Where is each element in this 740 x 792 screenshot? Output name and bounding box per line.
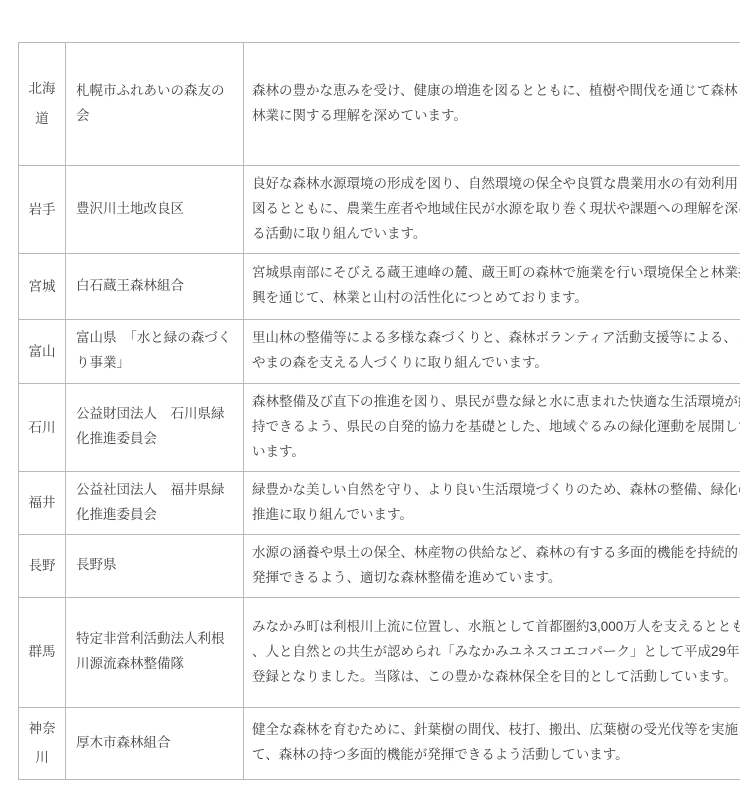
prefecture-cell: 宮城 (19, 253, 66, 319)
table-row: 北海道 札幌市ふれあいの森友の会 森林の豊かな恵みを受け、健康の増進を図るととも… (19, 43, 740, 166)
organization-cell: 厚木市森林組合 (66, 707, 244, 779)
description-cell: 宮城県南部にそびえる蔵王連峰の麓、蔵王町の森林で施業を行い環境保全と林業振興を通… (244, 253, 740, 319)
organization-cell: 長野県 (66, 534, 244, 597)
table-row: 宮城 白石蔵王森林組合 宮城県南部にそびえる蔵王連峰の麓、蔵王町の森林で施業を行… (19, 253, 740, 319)
prefecture-cell: 北海道 (19, 43, 66, 166)
organization-cell: 豊沢川土地改良区 (66, 166, 244, 254)
table-row: 岩手 豊沢川土地改良区 良好な森林水源環境の形成を図り、自然環境の保全や良質な農… (19, 166, 740, 254)
description-cell: 水源の涵養や県土の保全、林産物の供給など、森林の有する多面的機能を持続的に発揮で… (244, 534, 740, 597)
prefecture-cell: 富山 (19, 319, 66, 383)
description-cell: 健全な森林を育むために、針葉樹の間伐、枝打、搬出、広葉樹の受光伐等を実施して、森… (244, 707, 740, 779)
organization-cell: 札幌市ふれあいの森友の会 (66, 43, 244, 166)
description-cell: 森林整備及び直下の推進を図り、県民が豊な緑と水に恵まれた快適な生活環境が維持でき… (244, 383, 740, 471)
page: 北海道 札幌市ふれあいの森友の会 森林の豊かな恵みを受け、健康の増進を図るととも… (0, 0, 740, 792)
table-row: 長野 長野県 水源の涵養や県土の保全、林産物の供給など、森林の有する多面的機能を… (19, 534, 740, 597)
prefecture-cell: 福井 (19, 471, 66, 534)
table-row: 富山 富山県 「水と緑の森づくり事業」 里山林の整備等による多様な森づくりと、森… (19, 319, 740, 383)
prefecture-cell: 石川 (19, 383, 66, 471)
description-cell: 里山林の整備等による多様な森づくりと、森林ボランティア活動支援等による、とやまの… (244, 319, 740, 383)
description-cell: 森林の豊かな恵みを受け、健康の増進を図るとともに、植樹や間伐を通じて森林・林業に… (244, 43, 740, 166)
prefecture-cell: 神奈川 (19, 707, 66, 779)
organization-cell: 富山県 「水と緑の森づくり事業」 (66, 319, 244, 383)
table-row: 石川 公益財団法人 石川県緑化推進委員会 森林整備及び直下の推進を図り、県民が豊… (19, 383, 740, 471)
organization-cell: 公益社団法人 福井県緑化推進委員会 (66, 471, 244, 534)
table-row: 群馬 特定非営利活動法人利根川源流森林整備隊 みなかみ町は利根川上流に位置し、水… (19, 597, 740, 707)
description-cell: 緑豊かな美しい自然を守り、より良い生活環境づくりのため、森林の整備、緑化の推進に… (244, 471, 740, 534)
prefecture-cell: 岩手 (19, 166, 66, 254)
prefecture-cell: 群馬 (19, 597, 66, 707)
table-row: 福井 公益社団法人 福井県緑化推進委員会 緑豊かな美しい自然を守り、より良い生活… (19, 471, 740, 534)
table-row: 神奈川 厚木市森林組合 健全な森林を育むために、針葉樹の間伐、枝打、搬出、広葉樹… (19, 707, 740, 779)
prefecture-cell: 長野 (19, 534, 66, 597)
forest-organizations-table: 北海道 札幌市ふれあいの森友の会 森林の豊かな恵みを受け、健康の増進を図るととも… (18, 42, 740, 780)
organization-cell: 公益財団法人 石川県緑化推進委員会 (66, 383, 244, 471)
organization-cell: 特定非営利活動法人利根川源流森林整備隊 (66, 597, 244, 707)
organization-cell: 白石蔵王森林組合 (66, 253, 244, 319)
description-cell: 良好な森林水源環境の形成を図り、自然環境の保全や良質な農業用水の有効利用を図ると… (244, 166, 740, 254)
description-cell: みなかみ町は利根川上流に位置し、水瓶として首都圏約3,000万人を支えるとともに… (244, 597, 740, 707)
